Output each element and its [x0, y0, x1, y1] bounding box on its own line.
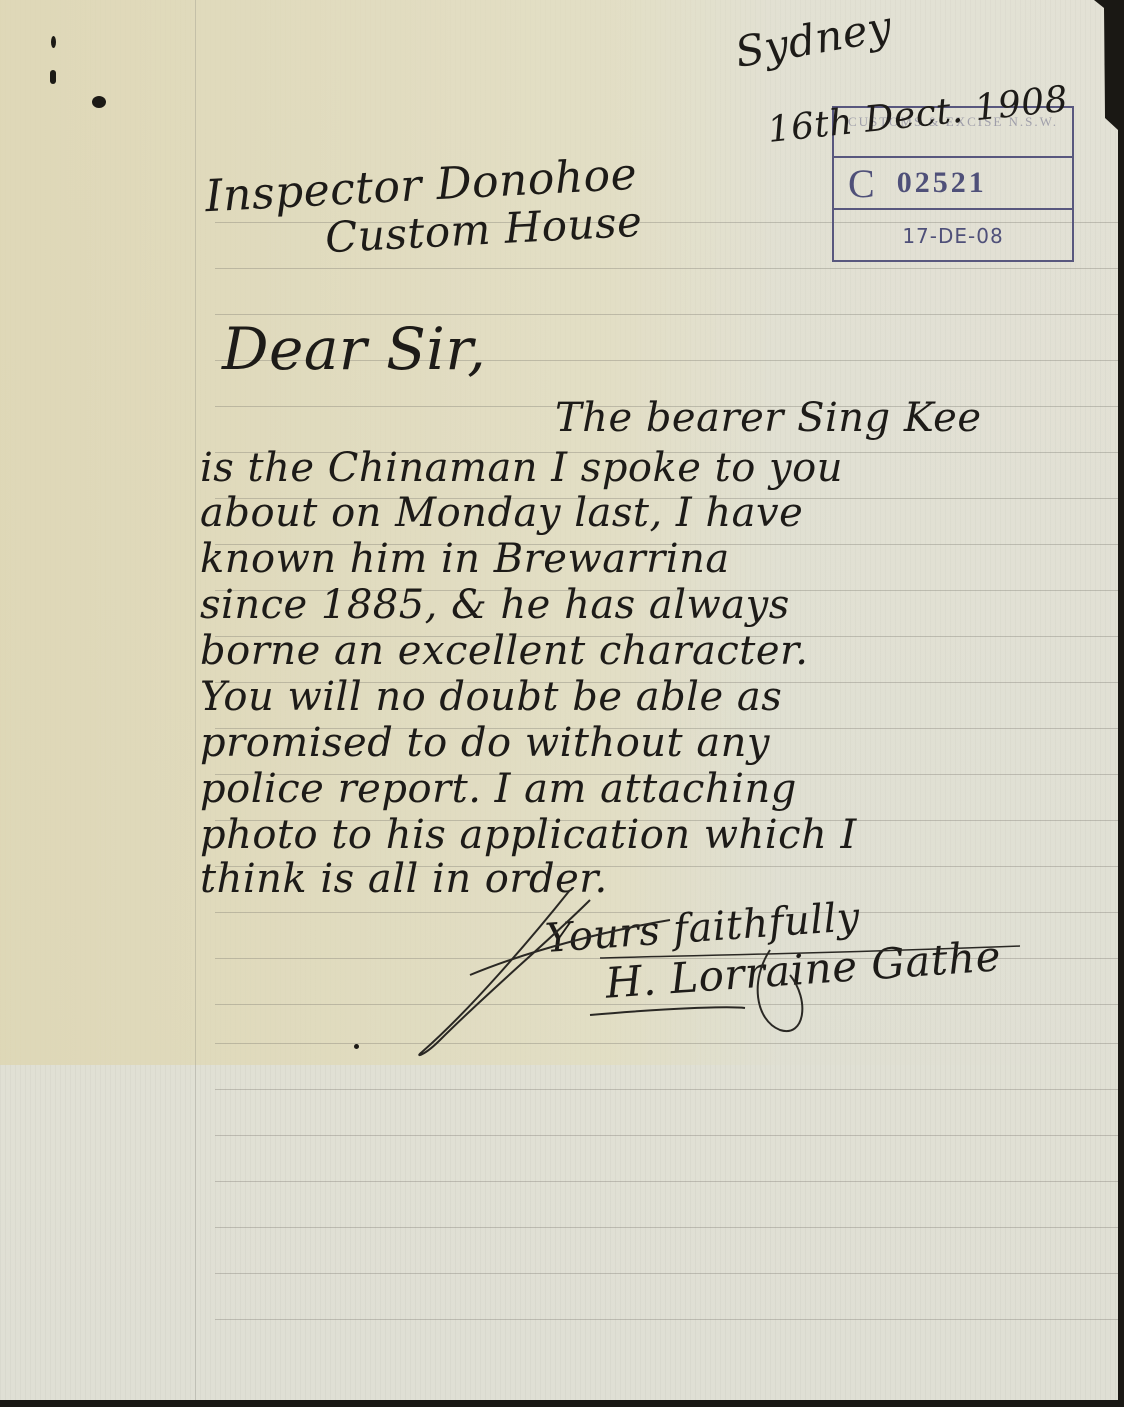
stamp-date: 17-DE-08 — [834, 210, 1072, 248]
stamp-number-row: C 02521 — [834, 158, 1072, 210]
letter-sheet: Sydney 16th Dect. 1908 CUSTOMS & EXCISE … — [0, 0, 1118, 1400]
body-line: police report. I am attaching — [200, 766, 797, 812]
body-line: You will no doubt be able as — [200, 674, 782, 720]
body-line: borne an excellent character. — [200, 628, 808, 674]
body-line: promised to do without any — [200, 720, 770, 766]
rule-line — [215, 1089, 1118, 1090]
stamp-prefix: C — [848, 160, 875, 207]
rule-line — [215, 1181, 1118, 1182]
body-line: photo to his application which I — [200, 812, 857, 858]
body-line: about on Monday last, I have — [200, 490, 803, 536]
ink-dot — [354, 1044, 359, 1049]
rule-line — [215, 1135, 1118, 1136]
signature-flourish — [410, 880, 1030, 1060]
body-line: known him in Brewarrina — [200, 536, 730, 582]
letter-place: Sydney — [731, 1, 895, 77]
body-line: is the Chinaman I spoke to you — [200, 445, 843, 491]
body-line: since 1885, & he has always — [200, 582, 790, 628]
body-line: The bearer Sing Kee — [555, 395, 982, 441]
margin-line — [195, 0, 196, 1400]
ink-blot — [51, 36, 56, 48]
stamp-number: 02521 — [897, 166, 987, 200]
rule-line — [215, 1273, 1118, 1274]
ink-blot — [92, 96, 106, 108]
salutation: Dear Sir, — [222, 315, 486, 383]
ink-blot — [50, 70, 56, 84]
rule-line — [215, 268, 1118, 269]
rule-line — [215, 1319, 1118, 1320]
rule-line — [215, 1227, 1118, 1228]
